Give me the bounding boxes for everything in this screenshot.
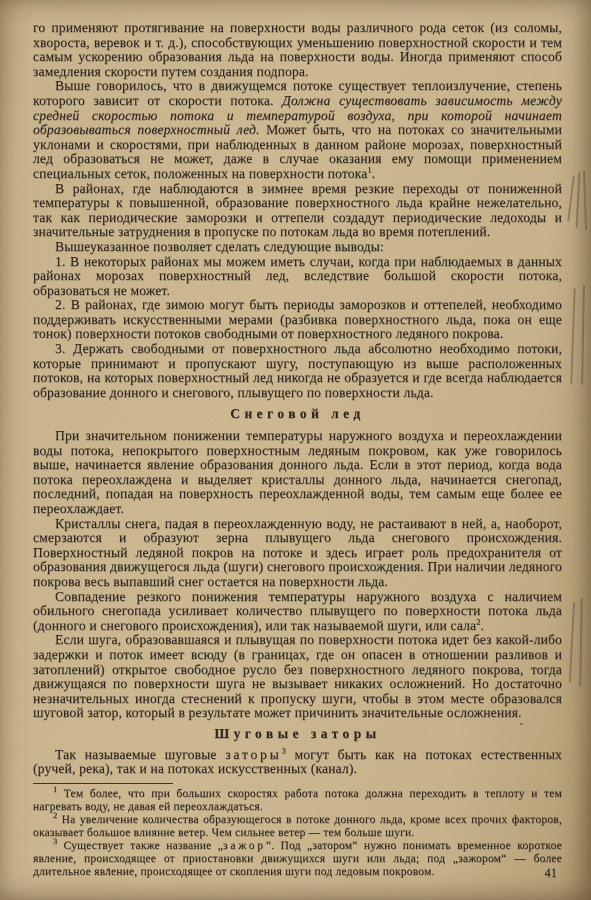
footnote-1: 1 Тем более, что при больших скоростях р… (33, 788, 562, 814)
footnote-3: 3 Существует также название „зажор“. Под… (33, 840, 562, 879)
paragraph: При значительном понижении температуры н… (33, 429, 562, 517)
list-item: 2. В районах, где зимою могут быть перио… (33, 298, 562, 342)
margin-pencil-mark (567, 176, 575, 222)
margin-pencil-mark (576, 172, 581, 228)
list-item: 3. Держать свободными от поверхностного … (33, 342, 562, 400)
paragraph: Совпадение резкого понижения температуры… (33, 590, 562, 634)
margin-pencil-mark (581, 285, 585, 385)
paragraph: Вышеуказанное позволяет сделать следующи… (33, 240, 562, 255)
page-number: 41 (545, 866, 558, 881)
paragraph: Кристаллы снега, падая в переохлажденную… (33, 517, 562, 590)
margin-pencil-mark (570, 288, 575, 384)
section-heading-snow-ice: Снеговой лед (33, 407, 562, 422)
margin-pencil-mark (579, 598, 583, 686)
footnotes-block: 1 Тем более, что при больших скоростях р… (33, 788, 562, 879)
paragraph: Если шуга, образовавшаяся и плывущая по … (33, 633, 562, 721)
letterspaced-term: заторы (225, 747, 281, 762)
letterspaced-term: зажор (223, 840, 266, 852)
scanned-book-page: го применяют протягивание на поверхности… (0, 0, 591, 900)
footnote-2: 2 На увеличение количества образующегося… (33, 814, 562, 840)
paragraph: В районах, где наблюдаются в зимнее врем… (33, 182, 562, 240)
section-heading-slush-jams: Шуговые заторы (33, 727, 562, 742)
paragraph-text: . (480, 618, 484, 633)
footnote-text: Существует также название „ (57, 840, 223, 852)
page-text-column: го применяют протягивание на поверхности… (33, 21, 562, 879)
paragraph: го применяют протягивание на поверхности… (33, 21, 562, 79)
paragraph-text: Так называемые шуговые (55, 747, 225, 762)
paragraph: Выше говорилось, что в движущемся потоке… (33, 79, 562, 181)
footnote-text: Тем более, что при больших скоростях раб… (33, 788, 562, 813)
margin-pencil-mark (569, 602, 575, 682)
list-item: 1. В некоторых районах мы можем иметь сл… (33, 255, 562, 299)
paragraph-text: . (372, 166, 376, 181)
margin-pencil-mark (583, 170, 587, 230)
paper-speck (520, 723, 523, 725)
paper-speck (107, 868, 110, 871)
footnote-text: На увеличение количества образующегося в… (33, 814, 562, 839)
paragraph: Так называемые шуговые заторы3 могут быт… (33, 748, 562, 777)
